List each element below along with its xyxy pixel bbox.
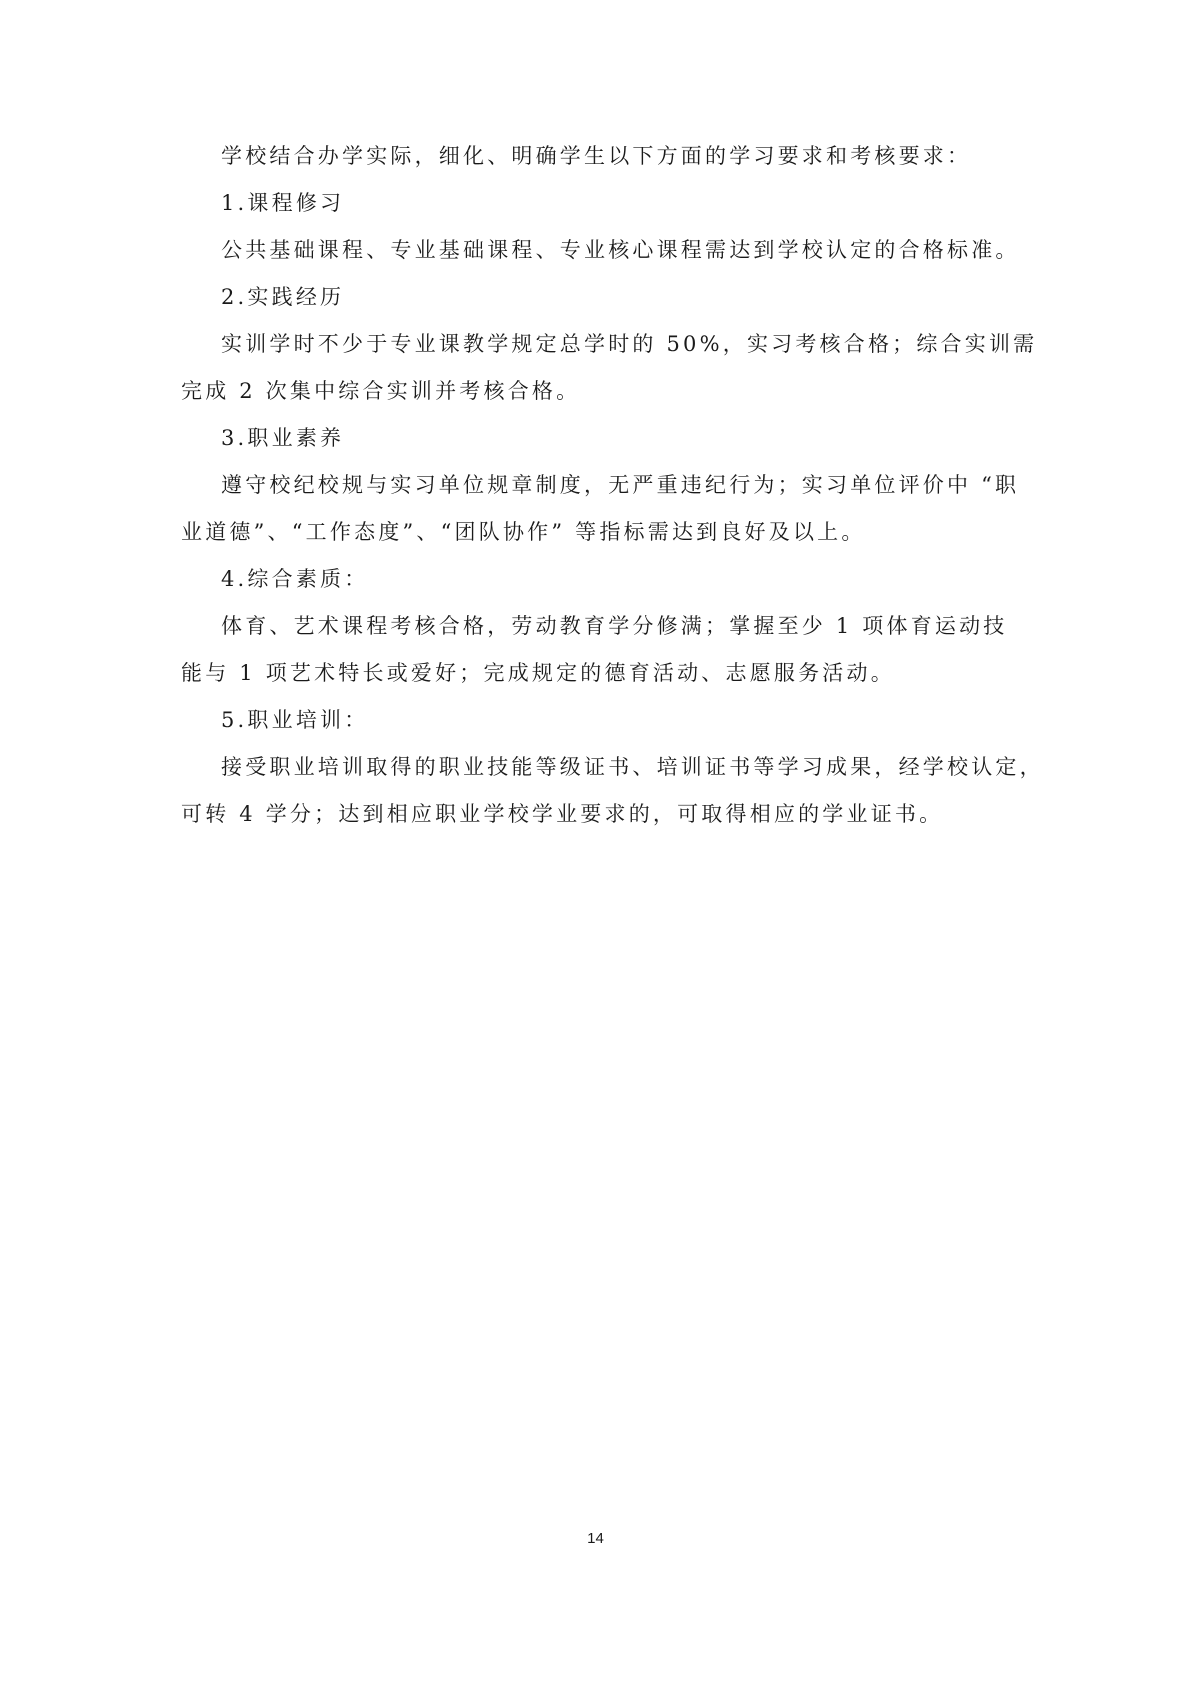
intro-paragraph: 学校结合办学实际，细化、明确学生以下方面的学习要求和考核要求： <box>221 144 971 168</box>
section-body-vocational-training-line-1: 接受职业培训取得的职业技能等级证书、培训证书等学习成果，经学校认定， <box>221 755 1044 779</box>
section-body-course: 公共基础课程、专业基础课程、专业核心课程需达到学校认定的合格标准。 <box>221 238 1020 262</box>
section-body-professionalism-line-1: 遵守校纪校规与实习单位规章制度，无严重违纪行为；实习单位评价中 “职 <box>221 473 1019 497</box>
section-heading-course: 1.课程修习 <box>221 191 344 215</box>
section-body-overall-quality-line-1: 体育、艺术课程考核合格，劳动教育学分修满；掌握至少 1 项体育运动技 <box>221 614 1008 638</box>
section-heading-vocational-training: 5.职业培训： <box>221 708 368 732</box>
section-body-vocational-training-line-2: 可转 4 学分；达到相应职业学校学业要求的，可取得相应的学业证书。 <box>181 802 943 826</box>
page-number: 14 <box>0 1530 1191 1547</box>
section-body-professionalism-line-2: 业道德”、“工作态度”、“团队协作” 等指标需达到良好及以上。 <box>181 520 866 544</box>
section-heading-overall-quality: 4.综合素质： <box>221 567 368 591</box>
section-body-practice-line-1: 实训学时不少于专业课教学规定总学时的 50%，实习考核合格；综合实训需 <box>221 332 1037 356</box>
document-page: 学校结合办学实际，细化、明确学生以下方面的学习要求和考核要求： 1.课程修习 公… <box>0 0 1191 1684</box>
section-heading-practice: 2.实践经历 <box>221 285 344 309</box>
section-heading-professionalism: 3.职业素养 <box>221 426 344 450</box>
section-body-practice-line-2: 完成 2 次集中综合实训并考核合格。 <box>181 379 580 403</box>
section-body-overall-quality-line-2: 能与 1 项艺术特长或爱好；完成规定的德育活动、志愿服务活动。 <box>181 661 895 685</box>
